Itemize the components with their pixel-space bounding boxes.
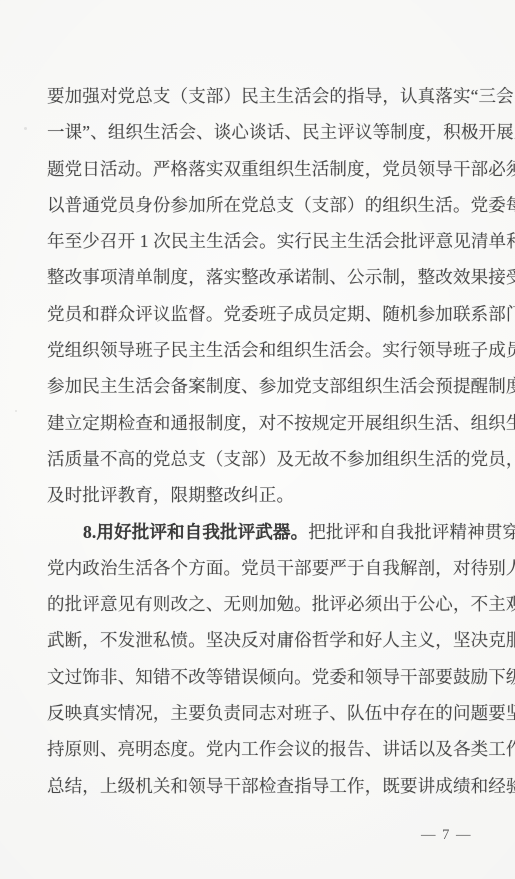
text-run: 总结，上级机关和领导干部检查指导工作，既要讲成绩和经验， <box>47 776 515 796</box>
text-line: 整改事项清单制度，落实整改承诺制、公示制，整改效果接受 <box>47 259 473 295</box>
text-line: 党组织领导班子民主生活会和组织生活会。实行领导班子成员 <box>47 332 473 368</box>
text-run: 武断，不发泄私愤。坚决反对庸俗哲学和好人主义，坚决克服 <box>47 630 515 650</box>
page-number: — 7 — <box>421 827 472 844</box>
text-run: 党员和群众评议监督。党委班子成员定期、随机参加联系部门 <box>47 304 515 324</box>
text-line: 要加强对党总支（支部）民主生活会的指导，认真落实“三会 <box>47 78 473 114</box>
text-line: 持原则、亮明态度。党内工作会议的报告、讲话以及各类工作 <box>47 731 473 767</box>
text-run: 参加民主生活会备案制度、参加党支部组织生活会预提醒制度。 <box>47 376 515 396</box>
text-line: 反映真实情况，主要负责同志对班子、队伍中存在的问题要坚 <box>47 695 473 731</box>
text-run: 年至少召开 1 次民主生活会。实行民主生活会批评意见清单和 <box>47 231 515 251</box>
text-line: 总结，上级机关和领导干部检查指导工作，既要讲成绩和经验， <box>47 768 473 804</box>
text-line: 建立定期检查和通报制度，对不按规定开展组织生活、组织生 <box>47 405 473 441</box>
text-run: 整改事项清单制度，落实整改承诺制、公示制，整改效果接受 <box>47 267 515 287</box>
bold-heading-run: 8.用好批评和自我批评武器。 <box>83 522 308 542</box>
text-run: 党组织领导班子民主生活会和组织生活会。实行领导班子成员 <box>47 340 515 360</box>
text-line: 活质量不高的党总支（支部）及无故不参加组织生活的党员， <box>47 441 473 477</box>
text-line: 党员和群众评议监督。党委班子成员定期、随机参加联系部门 <box>47 296 473 332</box>
scan-speck <box>15 410 17 412</box>
text-run: 要加强对党总支（支部）民主生活会的指导，认真落实“三会 <box>47 86 514 106</box>
text-run: 活质量不高的党总支（支部）及无故不参加组织生活的党员， <box>47 449 515 469</box>
text-run: 把批评和自我批评精神贯穿 <box>308 522 515 542</box>
text-line: 党内政治生活各个方面。党员干部要严于自我解剖，对待别人 <box>47 550 473 586</box>
text-line: 武断，不发泄私愤。坚决反对庸俗哲学和好人主义，坚决克服 <box>47 622 473 658</box>
text-run: 党内政治生活各个方面。党员干部要严于自我解剖，对待别人 <box>47 558 515 578</box>
text-line: 题党日活动。严格落实双重组织生活制度，党员领导干部必须 <box>47 151 473 187</box>
text-run: 题党日活动。严格落实双重组织生活制度，党员领导干部必须 <box>47 159 515 179</box>
text-line: 及时批评教育，限期整改纠正。 <box>47 477 473 513</box>
text-run: 及时批评教育，限期整改纠正。 <box>47 485 294 505</box>
text-run: 建立定期检查和通报制度，对不按规定开展组织生活、组织生 <box>47 413 515 433</box>
text-line: 文过饰非、知错不改等错误倾向。党委和领导干部要鼓励下级 <box>47 659 473 695</box>
text-line: 8.用好批评和自我批评武器。把批评和自我批评精神贯穿 <box>47 514 473 550</box>
text-run: 一课”、组织生活会、谈心谈话、民主评议等制度，积极开展主 <box>47 122 515 142</box>
text-run: 反映真实情况，主要负责同志对班子、队伍中存在的问题要坚 <box>47 703 515 723</box>
text-run: 持原则、亮明态度。党内工作会议的报告、讲话以及各类工作 <box>47 739 515 759</box>
text-line: 一课”、组织生活会、谈心谈话、民主评议等制度，积极开展主 <box>47 114 473 150</box>
text-run: 以普通党员身份参加所在党总支（支部）的组织生活。党委每 <box>47 195 515 215</box>
text-line: 以普通党员身份参加所在党总支（支部）的组织生活。党委每 <box>47 187 473 223</box>
text-run: 文过饰非、知错不改等错误倾向。党委和领导干部要鼓励下级 <box>47 667 515 687</box>
text-line: 参加民主生活会备案制度、参加党支部组织生活会预提醒制度。 <box>47 368 473 404</box>
document-page: 要加强对党总支（支部）民主生活会的指导，认真落实“三会一课”、组织生活会、谈心谈… <box>0 0 515 879</box>
scan-speck <box>24 127 27 130</box>
text-block: 要加强对党总支（支部）民主生活会的指导，认真落实“三会一课”、组织生活会、谈心谈… <box>47 78 473 804</box>
text-line: 年至少召开 1 次民主生活会。实行民主生活会批评意见清单和 <box>47 223 473 259</box>
text-run: 的批评意见有则改之、无则加勉。批评必须出于公心，不主观 <box>47 594 515 614</box>
text-line: 的批评意见有则改之、无则加勉。批评必须出于公心，不主观 <box>47 586 473 622</box>
